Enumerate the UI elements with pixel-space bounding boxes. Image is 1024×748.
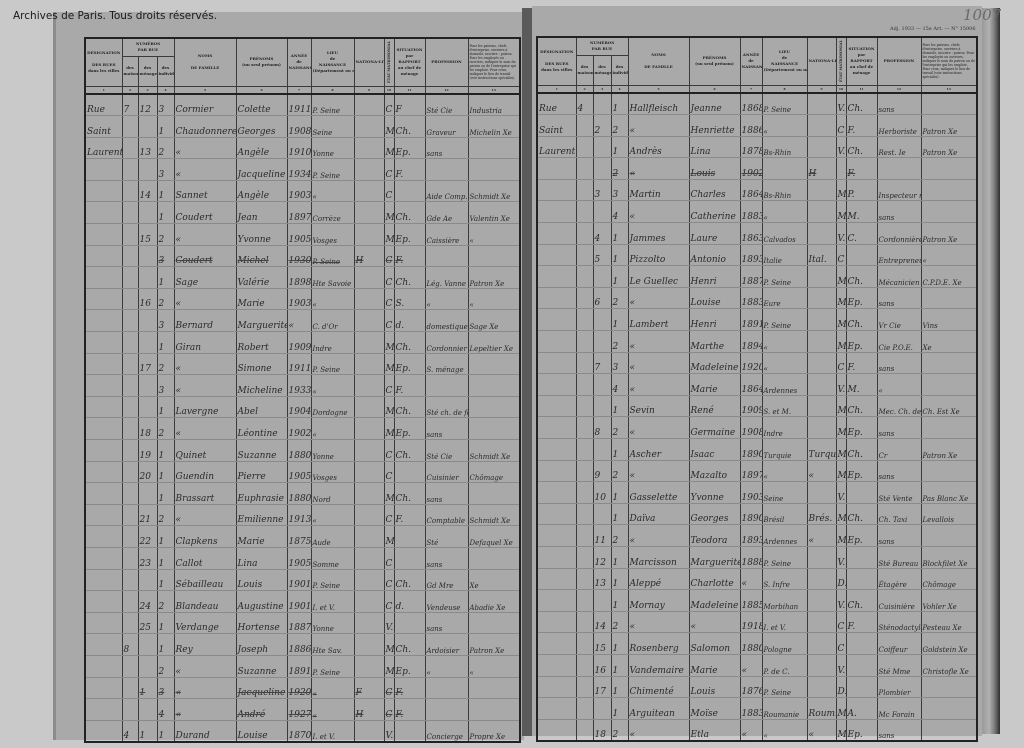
individu-number: 3 (157, 94, 174, 116)
individu-number: 2 (157, 591, 174, 613)
first-name: Louise (236, 720, 287, 742)
birth-year: 1905 (287, 547, 311, 569)
family-name: Coudert (174, 202, 236, 224)
first-name: Yvonne (236, 224, 287, 246)
menage-number (593, 331, 611, 353)
individu-number: 2 (611, 719, 628, 741)
table-row: 1MornayMadeleine1885MorbihanV.Ch.Cuisini… (537, 590, 977, 612)
marital-status: V. (836, 482, 846, 504)
individu-number: 1 (157, 526, 174, 548)
marital-status: M (384, 137, 394, 159)
street-cell (85, 440, 122, 462)
street-cell (85, 202, 122, 224)
family-name: Andrès (628, 136, 689, 158)
family-name: Sage (174, 267, 236, 289)
profession: Plombier (877, 676, 921, 698)
employer: Defaquel Xe (468, 526, 520, 548)
birth-place: Vosges (311, 224, 354, 246)
street-cell (537, 374, 576, 396)
individu-number: 1 (611, 136, 628, 158)
nationality (354, 288, 384, 310)
birth-place: P. Seine (762, 676, 807, 698)
first-name: Louis (689, 158, 740, 180)
household-role: Ch. (846, 590, 877, 612)
birth-place: Bs-Rhin (762, 179, 807, 201)
household-role (846, 654, 877, 676)
nationality (354, 137, 384, 159)
birth-year: « (740, 654, 762, 676)
household-role: Ch. (394, 569, 425, 591)
right-register-table: DÉSIGNATIONDES RUESdans les villes NUMÉR… (536, 36, 978, 742)
first-name: Marguerite (689, 546, 740, 568)
nationality (807, 201, 836, 223)
birth-place: Nord (311, 483, 354, 505)
table-row: 141SannetAngèle1903«CAide Comp.Schmidt X… (85, 180, 520, 202)
nationality: « (807, 719, 836, 741)
header-lieu: LIEUdeNAISSANCE(Département ou nation) (311, 38, 354, 86)
table-row: 1SevinRené1909S. et M.MCh.Mec. Ch. de fe… (537, 395, 977, 417)
birth-place: Yonne (311, 137, 354, 159)
profession: Entrepreneur (877, 244, 921, 266)
street-cell (537, 244, 576, 266)
employer: Ch. Est Xe (921, 395, 977, 417)
street-cell (85, 180, 122, 202)
household-role: Ch. (394, 116, 425, 138)
profession: Sté Cie (425, 440, 468, 462)
maison-number (576, 633, 593, 655)
first-name: Catherine (689, 201, 740, 223)
col-num: 8 (311, 86, 354, 94)
household-role (394, 461, 425, 483)
profession (425, 159, 468, 181)
maison-number (576, 719, 593, 741)
table-row: Rue7123CormierColette1911P. SeineCFSté C… (85, 94, 520, 116)
profession: Caissière (425, 224, 468, 246)
nationality (807, 546, 836, 568)
birth-place: S. Infre (762, 568, 807, 590)
household-role: Ch. (846, 136, 877, 158)
household-role: Ep. (846, 331, 877, 353)
maison-number (576, 331, 593, 353)
table-row: 4«Marie1864ArdennesV.M.« (537, 374, 977, 396)
profession: Sté Bureau (877, 546, 921, 568)
first-name: Etla (689, 719, 740, 741)
family-name: Blandeau (174, 591, 236, 613)
header-situation: SITUATION par RAPPORT au chef de ménage (394, 38, 425, 86)
header-maisons: des maisons (122, 56, 138, 86)
family-name: Chaudonneret (174, 116, 236, 138)
header-annee: ANNÉEdeNAISSANCE (287, 38, 311, 86)
street-cell (85, 634, 122, 656)
household-role: Ch. (846, 395, 877, 417)
birth-place: P. Seine (311, 245, 354, 267)
first-name: Charles (689, 179, 740, 201)
birth-year: 1905 (287, 224, 311, 246)
family-name: Verdange (174, 612, 236, 634)
nationality (354, 461, 384, 483)
birth-year: 1901 (287, 591, 311, 613)
marital-status: C (384, 461, 394, 483)
profession: Inspecteur retraité (877, 179, 921, 201)
individu-number: 1 (611, 568, 628, 590)
menage-number: 2 (593, 115, 611, 137)
nationality: H (354, 245, 384, 267)
household-role: Ch. (846, 439, 877, 461)
individu-number: 2 (157, 137, 174, 159)
col-num: 4 (157, 86, 174, 94)
birth-place: « (762, 115, 807, 137)
first-name: René (689, 395, 740, 417)
individu-number: 2 (611, 611, 628, 633)
table-row: 131AleppéCharlotte«S. InfreD.ÉtagèreChôm… (537, 568, 977, 590)
birth-place: « (762, 352, 807, 374)
birth-year: 1893 (740, 244, 762, 266)
marital-status: C (836, 244, 846, 266)
nationality (354, 332, 384, 354)
menage-number (138, 483, 157, 505)
first-name: Euphrasie (236, 483, 287, 505)
maison-number (576, 158, 593, 180)
marital-status: C (384, 94, 394, 116)
birth-place: Turquie (762, 439, 807, 461)
menage-number: 16 (593, 654, 611, 676)
first-name: Mazalto (689, 460, 740, 482)
family-name: « (174, 375, 236, 397)
column-numbers: 1 2 3 4 5 6 7 8 9 10 11 12 13 (537, 85, 977, 93)
family-name: Brassart (174, 483, 236, 505)
household-role: F. (846, 352, 877, 374)
birth-year: 1909 (287, 332, 311, 354)
individu-number: 2 (611, 158, 628, 180)
street-cell (537, 568, 576, 590)
birth-place: « (311, 699, 354, 721)
nationality: Brés. (807, 503, 836, 525)
maison-number (122, 461, 138, 483)
table-row: 4«André1927«HCF. (85, 699, 520, 721)
table-row: 1SageValérie1898Hte SavoieCCh.Lég. Vanne… (85, 267, 520, 289)
birth-year: 1891 (287, 655, 311, 677)
individu-number: 3 (611, 179, 628, 201)
nationality: Turque (807, 439, 836, 461)
table-row: 231CallotLina1905SommeCsans (85, 547, 520, 569)
birth-year: 1880 (740, 633, 762, 655)
individu-number: 1 (157, 461, 174, 483)
birth-year: 1894 (740, 331, 762, 353)
family-name: Cormier (174, 94, 236, 116)
maison-number (576, 654, 593, 676)
profession: Aide Comp. (425, 180, 468, 202)
employer: Christofle Xe (921, 654, 977, 676)
employer (921, 417, 977, 439)
maison-number (122, 310, 138, 332)
profession: « (877, 374, 921, 396)
employer: Chômage (468, 461, 520, 483)
individu-number: 2 (611, 525, 628, 547)
street-cell (85, 591, 122, 613)
first-name: Charlotte (689, 568, 740, 590)
nationality (807, 676, 836, 698)
maison-number (576, 611, 593, 633)
table-row: 242BlandeauAugustine1901I. et V.Cd.Vende… (85, 591, 520, 613)
birth-year: « (740, 568, 762, 590)
marital-status: M (836, 395, 846, 417)
header-profession: PROFESSION (877, 37, 921, 85)
birth-place: Calvados (762, 223, 807, 245)
individu-number: 1 (611, 395, 628, 417)
street-cell (537, 460, 576, 482)
employer (921, 460, 977, 482)
family-name: « (174, 159, 236, 181)
individu-number: 1 (611, 439, 628, 461)
menage-number (138, 396, 157, 418)
employer (921, 352, 977, 374)
first-name: Henri (689, 266, 740, 288)
menage-number (593, 309, 611, 331)
menage-number (138, 634, 157, 656)
first-name: Robert (236, 332, 287, 354)
profession: Concierge (425, 720, 468, 742)
street-cell (537, 201, 576, 223)
profession: domestique (425, 310, 468, 332)
nationality (354, 267, 384, 289)
street-cell (85, 159, 122, 181)
col-num: 12 (425, 86, 468, 94)
family-name: « (628, 611, 689, 633)
menage-number: 19 (138, 440, 157, 462)
birth-year: 1863 (740, 223, 762, 245)
nationality (807, 179, 836, 201)
nationality (807, 223, 836, 245)
profession: sans (877, 417, 921, 439)
profession: Cie P.O.E. (877, 331, 921, 353)
family-name: « (174, 353, 236, 375)
header-patron-note: Pour les patrons, chefs d'entreprise, ou… (468, 38, 520, 86)
individu-number: 1 (157, 267, 174, 289)
employer: Chômage (921, 568, 977, 590)
employer (468, 245, 520, 267)
first-name: Joseph (236, 634, 287, 656)
employer: Blockfilet Xe (921, 546, 977, 568)
marital-status: M (384, 116, 394, 138)
header-numeros: NUMÉROSPAR RUE (576, 37, 628, 55)
birth-place: P. Seine (311, 655, 354, 677)
street-cell (85, 569, 122, 591)
birth-place: « (762, 201, 807, 223)
maison-number: 7 (122, 94, 138, 116)
register-body: Rue7123CormierColette1911P. SeineCFSté C… (85, 94, 520, 743)
first-name: Léontine (236, 418, 287, 440)
street-cell: Laurent (537, 136, 576, 158)
family-name: Lambert (628, 309, 689, 331)
menage-number: 1 (138, 677, 157, 699)
menage-number: 11 (593, 525, 611, 547)
employer (921, 93, 977, 115)
profession: Vr Cie (877, 309, 921, 331)
employer: Vohler Xe (921, 590, 977, 612)
street-cell (537, 654, 576, 676)
employer: Abadie Xe (468, 591, 520, 613)
employer (921, 287, 977, 309)
family-name: Jammes (628, 223, 689, 245)
menage-number (138, 310, 157, 332)
nationality (354, 375, 384, 397)
birth-year: 1888 (740, 546, 762, 568)
household-role: Ch. (394, 440, 425, 462)
profession: Comptable (425, 504, 468, 526)
profession: sans (425, 137, 468, 159)
employer (921, 158, 977, 180)
maison-number (576, 525, 593, 547)
family-name: « (174, 288, 236, 310)
header-lieu: LIEUdeNAISSANCE(Département ou nation) (762, 37, 807, 85)
employer: Patron Xe (468, 267, 520, 289)
individu-number: 1 (157, 440, 174, 462)
nationality (354, 504, 384, 526)
street-cell (85, 353, 122, 375)
nationality (354, 396, 384, 418)
table-row: 121MarcissonMarguerite1888P. SeineV.Sté … (537, 546, 977, 568)
first-name: Louise (689, 287, 740, 309)
household-role: F. (394, 245, 425, 267)
street-cell (537, 179, 576, 201)
col-num: 6 (236, 86, 287, 94)
first-name: Jacqueline (236, 677, 287, 699)
household-role: F (394, 94, 425, 116)
marital-status: V. (836, 136, 846, 158)
birth-place: Aude (311, 526, 354, 548)
individu-number: 2 (157, 224, 174, 246)
profession (425, 699, 468, 721)
table-row: 182«Etla«««MEp.sans (537, 719, 977, 741)
employer (468, 547, 520, 569)
col-num: 11 (394, 86, 425, 94)
nationality: F (354, 677, 384, 699)
menage-number: 20 (138, 461, 157, 483)
individu-number: 1 (157, 547, 174, 569)
family-name: « (174, 224, 236, 246)
street-cell (85, 461, 122, 483)
table-row: 3«Micheline1933«CF. (85, 375, 520, 397)
birth-year: 1911 (287, 353, 311, 375)
birth-year: 1927 (287, 699, 311, 721)
household-role: d. (394, 591, 425, 613)
employer (921, 719, 977, 741)
birth-year: 1883 (740, 201, 762, 223)
menage-number (593, 590, 611, 612)
street-cell (85, 699, 122, 721)
profession: Vendeuse (425, 591, 468, 613)
individu-number: 1 (611, 676, 628, 698)
family-name: « (628, 331, 689, 353)
maison-number (576, 439, 593, 461)
birth-place: « (311, 504, 354, 526)
marital-status: C (384, 699, 394, 721)
street-cell (537, 611, 576, 633)
table-row: 1CoudertJean1897CorrèzeMCh.Gde AeValenti… (85, 202, 520, 224)
street-cell (537, 417, 576, 439)
birth-year: « (287, 310, 311, 332)
household-role: Ep. (846, 460, 877, 482)
marital-status: C (384, 310, 394, 332)
marital-status: V. (836, 223, 846, 245)
menage-number (593, 374, 611, 396)
menage-number (138, 655, 157, 677)
birth-place: Italie (762, 244, 807, 266)
first-name: Angèle (236, 137, 287, 159)
marital-status: C (384, 267, 394, 289)
birth-place: P. Seine (311, 353, 354, 375)
col-num: 4 (611, 85, 628, 93)
employer: Sage Xe (468, 310, 520, 332)
street-cell (537, 546, 576, 568)
marital-status: V. (836, 93, 846, 115)
birth-year: 1897 (287, 202, 311, 224)
first-name: Marguerite (236, 310, 287, 332)
table-row: 2«Marthe1894«MEp.Cie P.O.E.Xe (537, 331, 977, 353)
family-name: « (174, 699, 236, 721)
table-row: Laurent132«Angèle1910YonneMEp.sans (85, 137, 520, 159)
menage-number: 22 (138, 526, 157, 548)
first-name: Marie (236, 288, 287, 310)
household-role: Ch. (394, 483, 425, 505)
table-row: 2«Suzanne1891P. SeineMEp.«« (85, 655, 520, 677)
family-name: Vandemaire (628, 654, 689, 676)
street-cell (537, 698, 576, 720)
maison-number (576, 115, 593, 137)
individu-number: 1 (611, 266, 628, 288)
family-name: « (628, 158, 689, 180)
individu-number: 4 (611, 201, 628, 223)
menage-number: 15 (593, 633, 611, 655)
table-row: 1LavergneAbel1904DordogneMCh.Sté ch. de … (85, 396, 520, 418)
family-name: Chimenté (628, 676, 689, 698)
first-name: Micheline (236, 375, 287, 397)
household-role: Ch. (394, 634, 425, 656)
family-name: « (628, 201, 689, 223)
maison-number (122, 159, 138, 181)
menage-number: 18 (138, 418, 157, 440)
menage-number (593, 698, 611, 720)
birth-year: 1893 (740, 525, 762, 547)
header-nationalite: NATIONA-LITÉ (807, 37, 836, 85)
nationality (354, 483, 384, 505)
table-row: 1GiranRobert1909IndreMCh.CordonnierLepel… (85, 332, 520, 354)
individu-number: 3 (157, 677, 174, 699)
col-num: 7 (287, 86, 311, 94)
header-situation: SITUATION par RAPPORT au chef de ménage (846, 37, 877, 85)
household-role (846, 568, 877, 590)
book-spine (522, 8, 532, 736)
table-row: 171ChimentéLouis1876P. SeineD.Plombier (537, 676, 977, 698)
menage-number: 4 (593, 223, 611, 245)
marital-status: M (384, 224, 394, 246)
birth-place: Yonne (311, 440, 354, 462)
nationality (354, 655, 384, 677)
street-cell (85, 224, 122, 246)
header-menages: des ménages (138, 56, 157, 86)
birth-place: P. de C. (762, 654, 807, 676)
family-name: Mornay (628, 590, 689, 612)
birth-year: 1905 (287, 461, 311, 483)
employer (921, 676, 977, 698)
profession: sans (425, 418, 468, 440)
table-row: 4«Catherine1883«MM.sans (537, 201, 977, 223)
menage-number: 9 (593, 460, 611, 482)
menage-number: 16 (138, 288, 157, 310)
family-name: Gasselette (628, 482, 689, 504)
birth-place: Seine (311, 116, 354, 138)
header-prenoms: PRÉNOMS(un seul prénom) (236, 38, 287, 86)
